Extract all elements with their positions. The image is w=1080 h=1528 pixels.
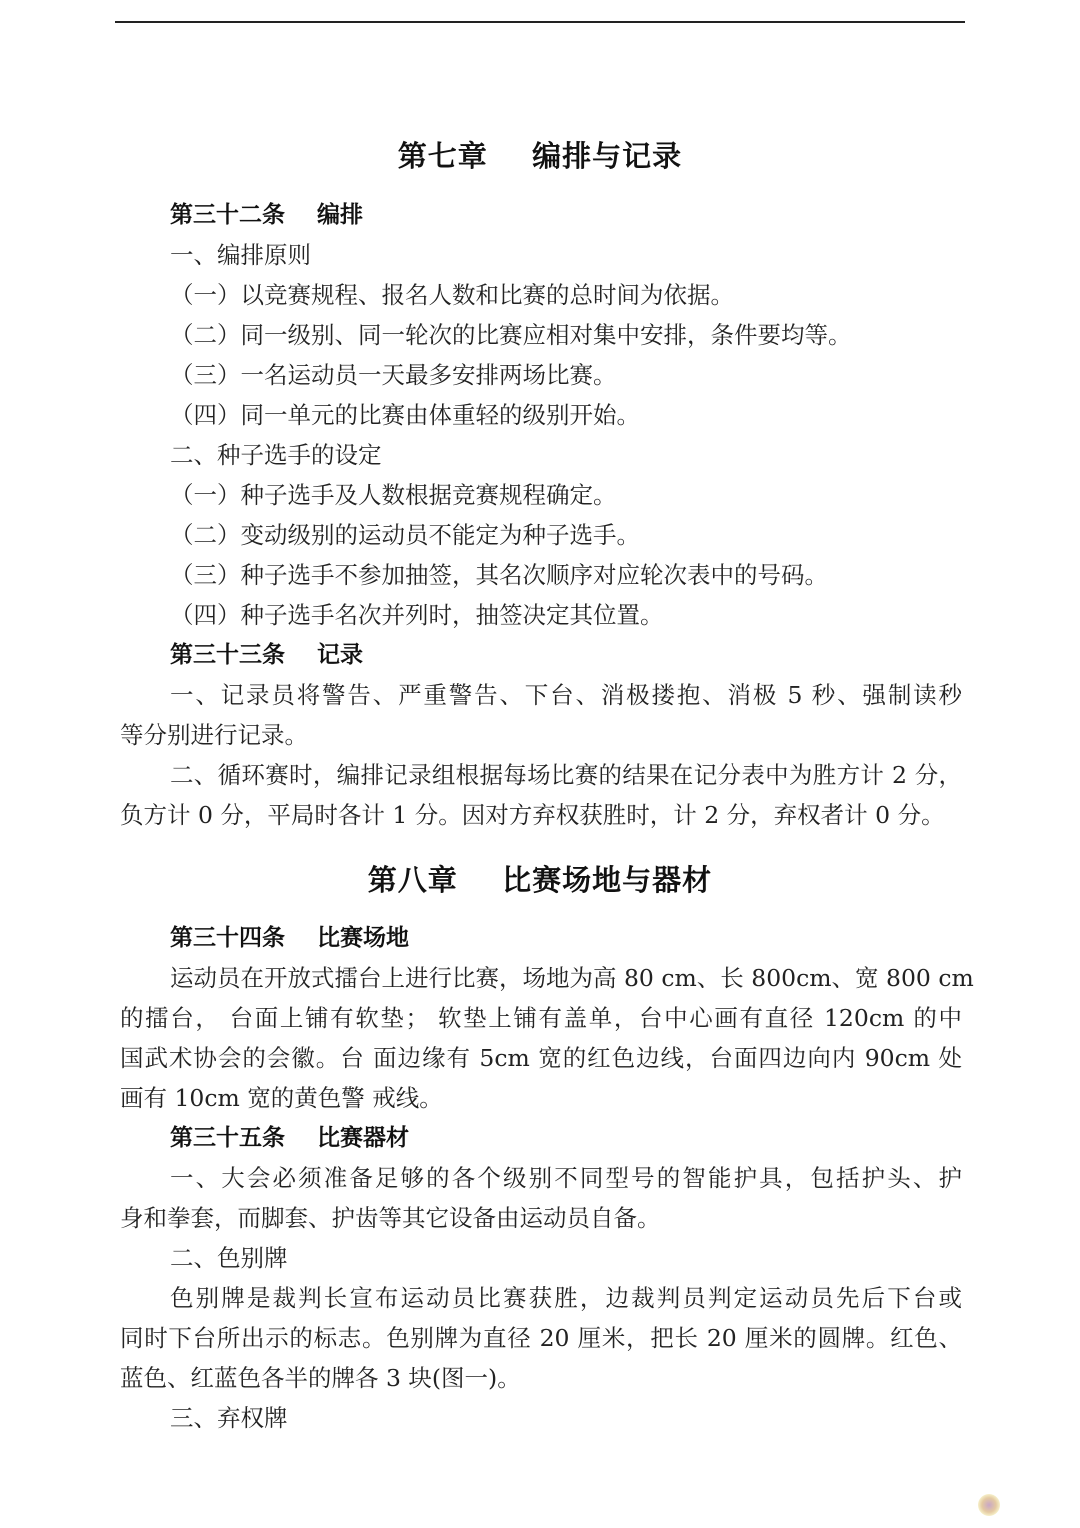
article-32-line: （一）种子选手及人数根据竞赛规程确定。 — [170, 480, 617, 510]
article-32-line: （三）一名运动员一天最多安排两场比赛。 — [170, 360, 617, 390]
article-35-line: 三、弃权牌 — [170, 1403, 288, 1433]
article-35-line: 一、大会必须准备足够的各个级别不同型号的智能护具，包括护头、护 — [170, 1163, 962, 1193]
article-32-line: （一）以竞赛规程、报名人数和比赛的总时间为依据。 — [170, 280, 734, 310]
article-heading-35: 第三十五条 比赛器材 — [170, 1123, 409, 1153]
chapter-title-8: 第八章 比赛场地与器材 — [0, 858, 1080, 899]
article-32-line: 二、种子选手的设定 — [170, 440, 382, 470]
emblem-watermark-icon — [978, 1494, 1000, 1516]
article-35-line: 身和拳套，而脚套、护齿等其它设备由运动员自备。 — [120, 1203, 661, 1233]
article-32-line: （四）种子选手名次并列时，抽签决定其位置。 — [170, 600, 664, 630]
article-34-line: 的擂台， 台面上铺有软垫； 软垫上铺有盖单，台中心画有直径 120cm 的中 — [120, 1003, 962, 1033]
article-34-line: 画有 10cm 宽的黄色警 戒线。 — [120, 1083, 443, 1113]
article-32-line: （二）同一级别、同一轮次的比赛应相对集中安排，条件要均等。 — [170, 320, 852, 350]
article-33-line: 等分别进行记录。 — [120, 720, 308, 750]
article-34-line: 国武术协会的会徽。台 面边缘有 5cm 宽的红色边线，台面四边向内 90cm 处 — [120, 1043, 962, 1073]
article-33-line: 一、记录员将警告、严重警告、下台、消极搂抱、消极 5 秒、强制读秒 — [170, 680, 962, 710]
article-32-line: （四）同一单元的比赛由体重轻的级别开始。 — [170, 400, 640, 430]
article-heading-34: 第三十四条 比赛场地 — [170, 923, 409, 953]
chapter-title-7: 第七章 编排与记录 — [0, 134, 1080, 175]
article-35-line: 二、色别牌 — [170, 1243, 288, 1273]
article-35-line: 蓝色、红蓝色各半的牌各 3 块(图一)。 — [120, 1363, 521, 1393]
header-rule — [115, 21, 965, 23]
article-32-line: （三）种子选手不参加抽签，其名次顺序对应轮次表中的号码。 — [170, 560, 828, 590]
article-32-line: （二）变动级别的运动员不能定为种子选手。 — [170, 520, 640, 550]
article-35-line: 同时下台所出示的标志。色别牌为直径 20 厘米，把长 20 厘米的圆牌。红色、 — [120, 1323, 962, 1353]
article-heading-32: 第三十二条 编排 — [170, 200, 363, 230]
article-33-line: 二、循环赛时，编排记录组根据每场比赛的结果在记分表中为胜方计 2 分， — [170, 760, 962, 790]
article-35-line: 色别牌是裁判长宣布运动员比赛获胜，边裁判员判定运动员先后下台或 — [170, 1283, 962, 1313]
article-34-line: 运动员在开放式擂台上进行比赛，场地为高 80 cm、长 800cm、宽 800 … — [170, 963, 962, 993]
article-heading-33: 第三十三条 记录 — [170, 640, 363, 670]
article-32-line: 一、编排原则 — [170, 240, 311, 270]
article-33-line: 负方计 0 分，平局时各计 1 分。因对方弃权获胜时，计 2 分，弃权者计 0 … — [120, 800, 945, 830]
